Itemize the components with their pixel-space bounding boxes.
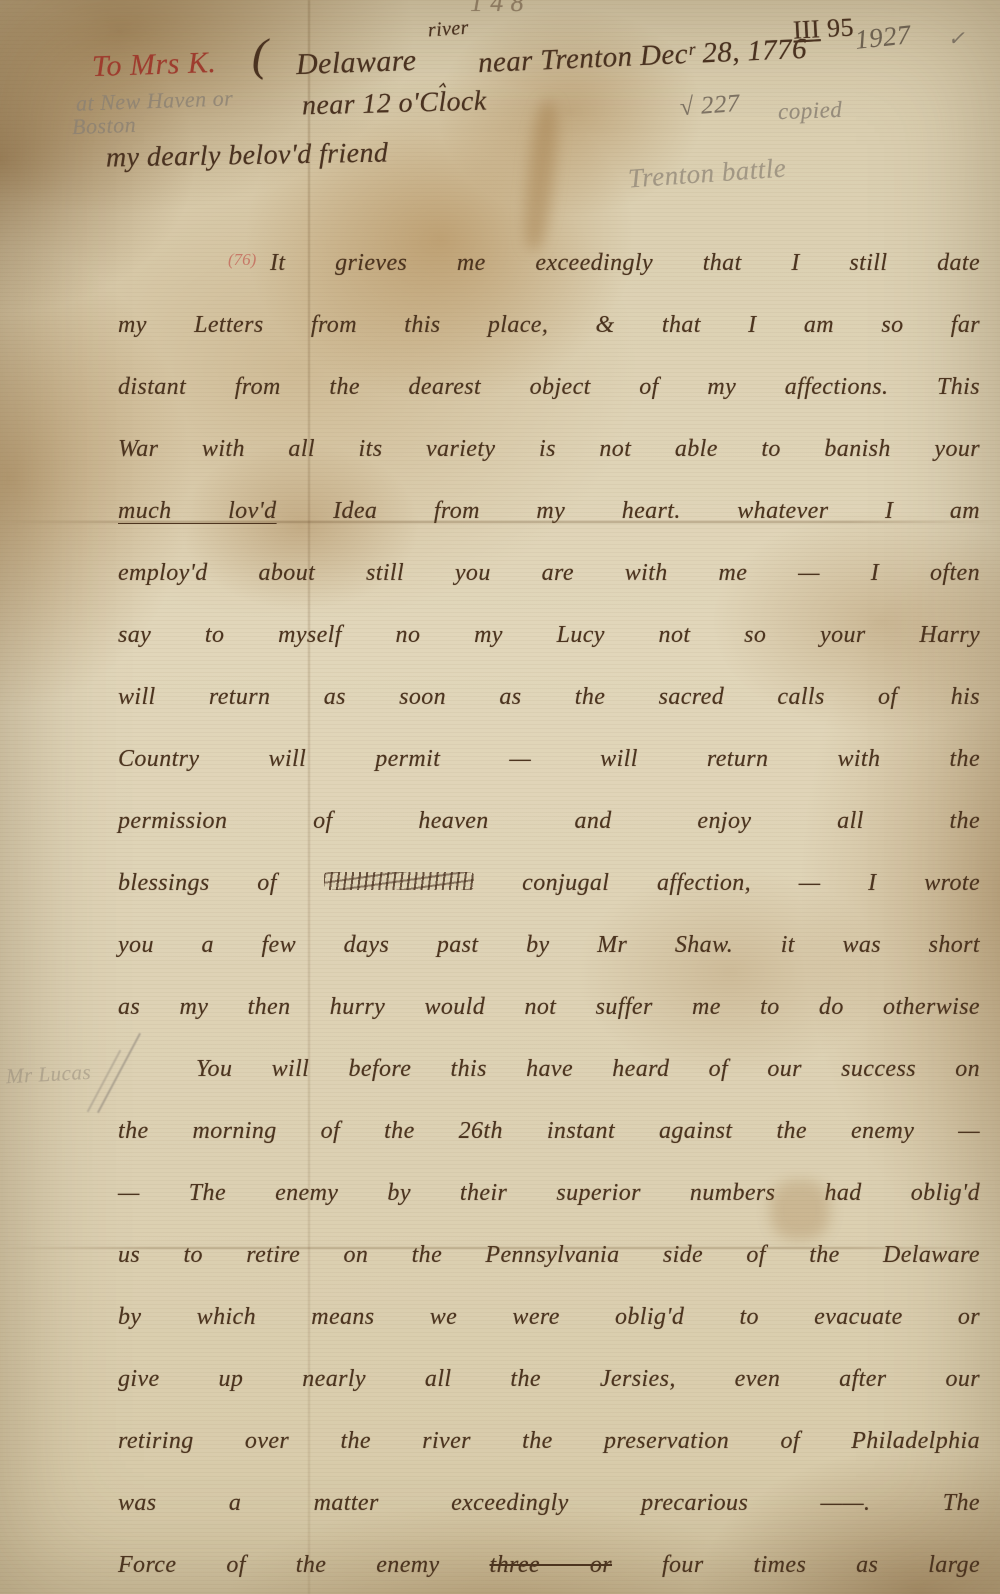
letter-line: was a matter exceedingly precarious ——. … [118, 1472, 980, 1534]
letter-line: the morning of the 26th instant against … [118, 1100, 980, 1162]
letter-line: say to myself no my Lucy not so your Har… [118, 604, 980, 666]
checkmark-icon: ✓ [948, 26, 965, 51]
dateline-rest: near Trenton Decʳ 28, 1776 [477, 33, 807, 80]
scribbled-out-word: (illegible) [324, 872, 474, 890]
location-note-line1: at New Haven or [76, 85, 234, 116]
letter-line: by which means we were oblig'd to evacua… [118, 1286, 980, 1348]
dateline-paren: ( [252, 28, 268, 81]
letter-line: my Letters from this place, & that I am … [118, 294, 980, 356]
recipient-note-red: To Mrs K. [91, 46, 216, 84]
salutation: my dearly belov'd friend [106, 138, 389, 175]
struck-phrase: three or [490, 1552, 613, 1578]
dateline-inserted-word: river [427, 17, 469, 43]
letter-line: will return as soon as the sacred calls … [118, 666, 980, 728]
margin-note: Mr Lucas [5, 1060, 91, 1089]
dateline-time: near 12 o'Clock [302, 86, 487, 123]
catalog-roman: III [792, 14, 821, 44]
top-edge-fragment: 1 4 8 [470, 0, 524, 18]
letter-line: War with all its variety is not able to … [118, 418, 980, 480]
dateline-place: Delaware [295, 44, 417, 82]
letter-scan: 1 4 8 To Mrs K. at New Haven or Boston (… [0, 0, 1000, 1594]
copied-number: √ 227 [679, 90, 741, 122]
fold-crease-horizontal [0, 521, 1000, 523]
dateline-caret: ‸ [440, 62, 448, 88]
catalog-mark: III 95 [792, 12, 854, 45]
letter-line: permission of heaven and enjoy all the [118, 790, 980, 852]
year-annotation: 1927 [854, 19, 913, 56]
letter-line: You will before this have heard of our s… [118, 1038, 980, 1100]
subject-note: Trenton battle [627, 153, 787, 195]
letter-line: distant from the dearest object of my af… [118, 356, 980, 418]
letter-line: much lov'd Idea from my heart. whatever … [118, 480, 980, 542]
letter-line: blessings of (illegible) conjugal affect… [118, 852, 980, 914]
letter-line: you a few days past by Mr Shaw. it was s… [118, 914, 980, 976]
letter-line: — The enemy by their superior numbers ha… [118, 1162, 980, 1224]
letter-line: It grieves me exceedingly that I still d… [118, 232, 980, 294]
stain-mark [520, 99, 562, 251]
letter-body: It grieves me exceedingly that I still d… [118, 232, 980, 1594]
letter-line: employ'd about still you are with me — I… [118, 542, 980, 604]
letter-line: Country will permit — will return with t… [118, 728, 980, 790]
letter-line: as my then hurry would not suffer me to … [118, 976, 980, 1038]
stain-mark [770, 1180, 830, 1240]
letter-line: us to retire on the Pennsylvania side of… [118, 1224, 980, 1286]
letter-line: retiring over the river the preservation… [118, 1410, 980, 1472]
fold-crease-horizontal [0, 1247, 1000, 1249]
copied-word: copied [778, 97, 843, 125]
letter-line: give up nearly all the Jersies, even aft… [118, 1348, 980, 1410]
catalog-number: 95 [826, 12, 854, 42]
location-note-line2: Boston [72, 112, 137, 140]
letter-line: Force of the enemy three or four times a… [118, 1534, 980, 1594]
fold-crease-vertical [308, 0, 310, 1594]
